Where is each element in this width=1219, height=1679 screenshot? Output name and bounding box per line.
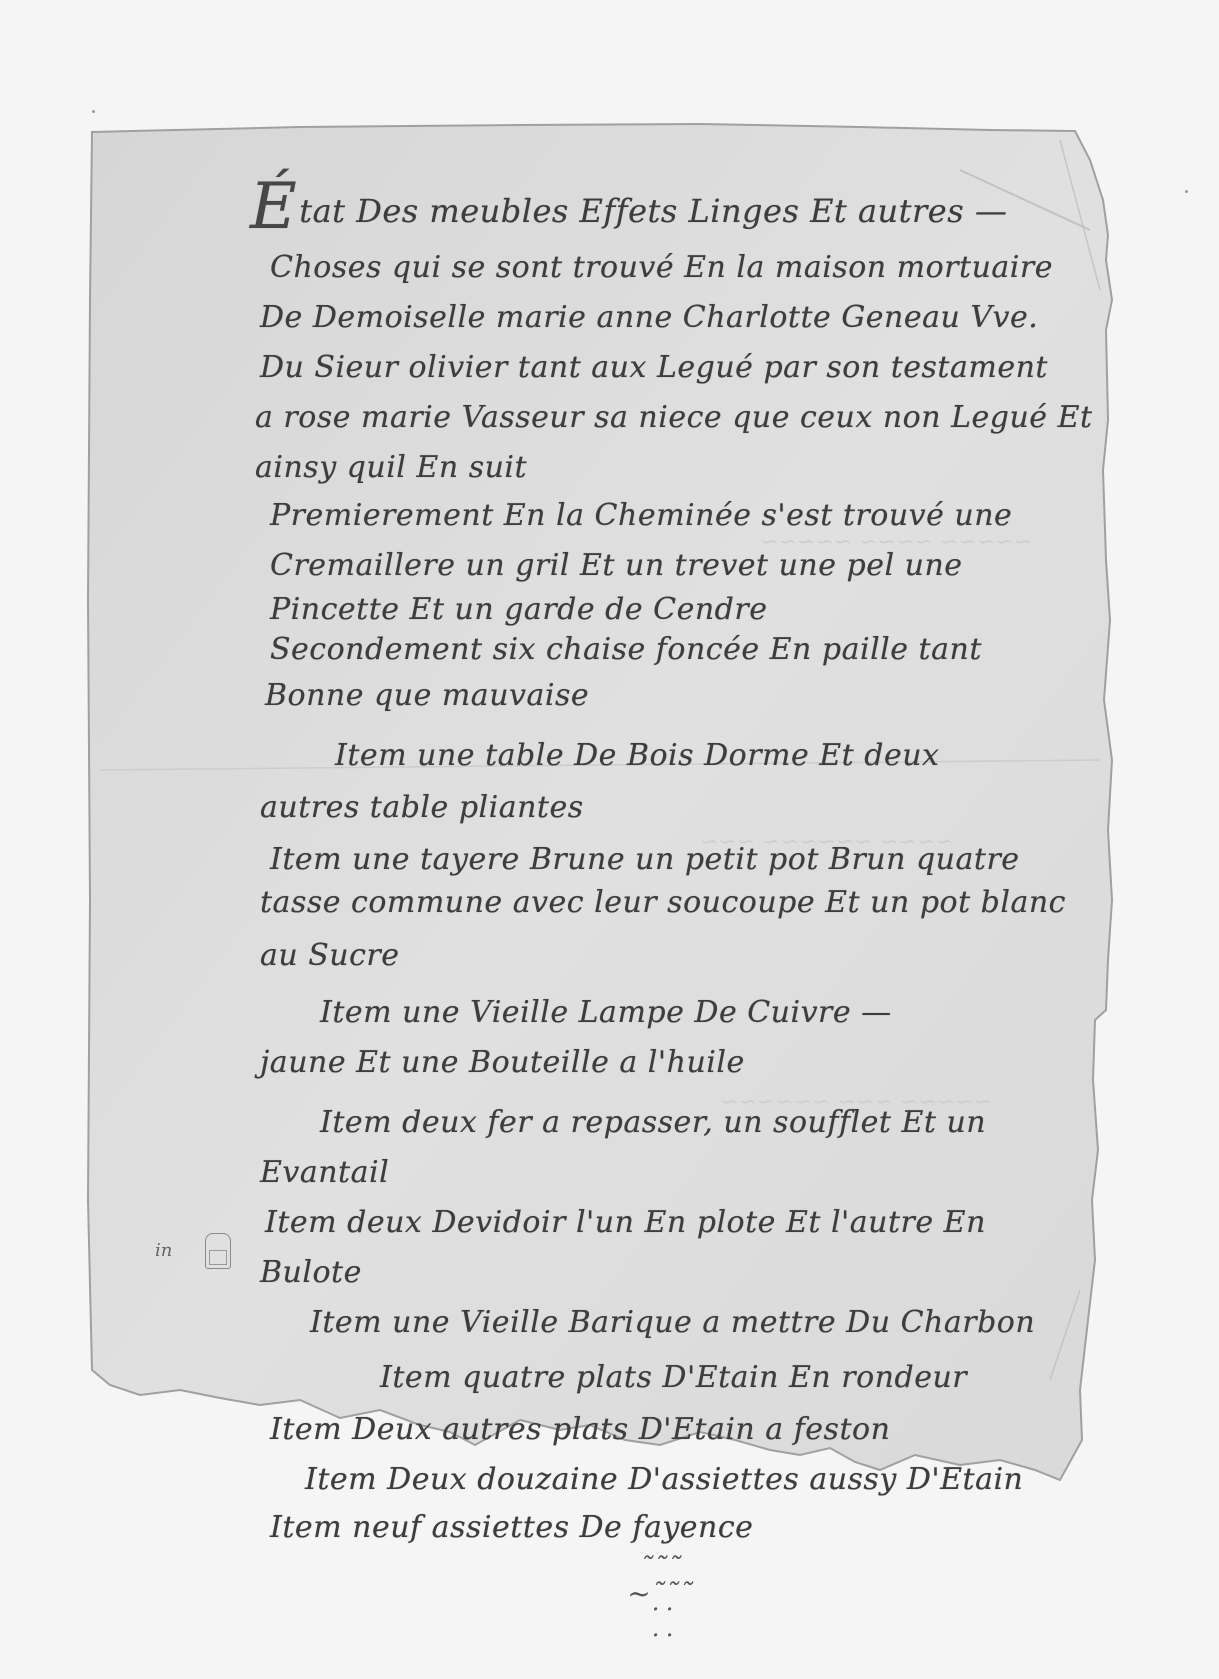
manuscript-line-4: Du Sieur olivier tant aux Legué par son … <box>260 350 1048 385</box>
manuscript-line-23: Item une Vieille Barique a mettre Du Cha… <box>310 1305 1035 1340</box>
manuscript-line-7: Premierement En la Cheminée s'est trouvé… <box>270 498 1012 533</box>
manuscript-line-9: Pincette Et un garde de Cendre <box>270 592 767 627</box>
manuscript-line-24: Item quatre plats D'Etain En rondeur <box>380 1360 967 1395</box>
drop-cap: É <box>250 170 297 244</box>
manuscript-line-22: Bulote <box>260 1255 362 1290</box>
manuscript-line-27: Item neuf assiettes De fayence <box>270 1510 753 1545</box>
manuscript-line-17: Item une Vieille Lampe De Cuivre — <box>320 995 892 1030</box>
manuscript-line-5: a rose marie Vasseur sa niece que ceux n… <box>255 400 1093 435</box>
manuscript-line-1: État Des meubles Effets Linges Et autres… <box>250 170 1007 244</box>
manuscript-line-25: Item Deux autres plats D'Etain a feston <box>270 1412 890 1447</box>
manuscript-line-26: Item Deux douzaine D'assiettes aussy D'E… <box>305 1462 1023 1497</box>
manuscript-line-12: Item une table De Bois Dorme Et deux <box>335 738 939 773</box>
manuscript-line-8: Cremaillere un gril Et un trevet une pel… <box>270 548 963 583</box>
closing-flourish: ˜˜˜ ~˜˜˜ ˙˙ ˙˙ <box>605 1555 715 1659</box>
manuscript-line-14: Item une tayere Brune un petit pot Brun … <box>270 842 1020 877</box>
manuscript-line-19: Item deux fer a repasser, un soufflet Et… <box>320 1105 986 1140</box>
manuscript-line-21: Item deux Devidoir l'un En plote Et l'au… <box>265 1205 986 1240</box>
margin-stamp-icon <box>205 1233 231 1269</box>
manuscript-line-15: tasse commune avec leur soucoupe Et un p… <box>260 885 1066 920</box>
manuscript-line-10: Secondement six chaise foncée En paille … <box>270 632 982 667</box>
manuscript-line-3: De Demoiselle marie anne Charlotte Genea… <box>260 300 1038 335</box>
manuscript-line-20: Evantail <box>260 1155 389 1190</box>
manuscript-line-16: au Sucre <box>260 938 400 973</box>
manuscript-line-2: Choses qui se sont trouvé En la maison m… <box>270 250 1053 285</box>
manuscript-line-13: autres table pliantes <box>260 790 584 825</box>
manuscript-line-6: ainsy quil En suit <box>255 450 527 485</box>
manuscript-line-11: Bonne que mauvaise <box>265 678 589 713</box>
manuscript-line-18: jaune Et une Bouteille a l'huile <box>260 1045 745 1080</box>
margin-note: in <box>155 1240 172 1261</box>
